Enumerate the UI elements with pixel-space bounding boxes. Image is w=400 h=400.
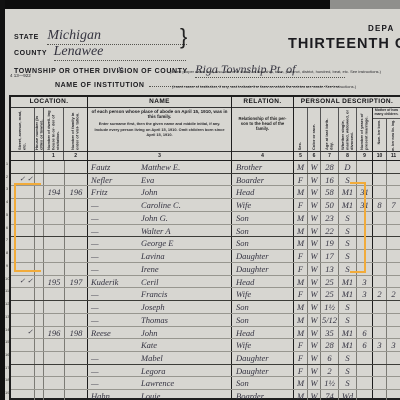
cell-age: 5/12 — [321, 314, 339, 326]
cell-living — [387, 327, 400, 339]
cell-years: 6 — [357, 327, 373, 339]
cell-dwelling — [44, 174, 65, 186]
cell-name: —George E — [88, 237, 232, 249]
surname: — — [91, 263, 141, 275]
cell-relation: Son — [232, 225, 294, 237]
cell-relation: Daughter — [232, 263, 294, 275]
given-name: Ceril — [141, 277, 158, 287]
colnum-6: 6 — [308, 152, 321, 160]
surname: Fritz — [91, 186, 141, 198]
cell-sex: F — [294, 250, 308, 262]
census-table: LOCATION. Street, avenue, road, etc. Hou… — [9, 95, 400, 400]
cell-color: W — [308, 365, 321, 377]
line-number: 9 — [5, 260, 9, 273]
cell-living — [387, 301, 400, 313]
cell-living — [387, 365, 400, 377]
cell-ticks — [11, 352, 35, 364]
county-value: Lenawee — [54, 44, 186, 61]
cell-years — [357, 377, 373, 389]
cell-color: W — [308, 377, 321, 389]
surname: — — [91, 377, 141, 389]
cell-years — [357, 301, 373, 313]
cell-family — [65, 352, 88, 364]
cell-born: 3 — [373, 339, 387, 351]
cell-years — [357, 365, 373, 377]
highlight-bracket-right — [350, 182, 366, 273]
cell-age: 1½ — [321, 301, 339, 313]
cell-name: FautzMatthew E. — [88, 161, 232, 173]
cell-dwelling — [44, 301, 65, 313]
cell-name: —Thomas — [88, 314, 232, 326]
cell-dwelling — [44, 314, 65, 326]
highlight-bracket-left — [14, 183, 41, 272]
census-row: 194196FritzJohnHeadMW58M131 — [11, 186, 400, 199]
cell-color: W — [308, 301, 321, 313]
cell-family — [65, 314, 88, 326]
line-number: 11 — [5, 285, 9, 298]
cell-family — [65, 365, 88, 377]
cell-name: —Lawrence — [88, 377, 232, 389]
group-personal-description: PERSONAL DESCRIPTION. Sex. Color or race… — [294, 97, 400, 160]
cell-age: 13 — [321, 263, 339, 275]
cell-sex: F — [294, 365, 308, 377]
line-number: 17 — [5, 362, 9, 375]
cell-born — [373, 186, 387, 198]
cell-age: 28 — [321, 161, 339, 173]
census-row: —LawrenceSonMW1½S — [11, 377, 400, 390]
group-location-title: LOCATION. — [11, 97, 87, 108]
given-name: Eva — [141, 175, 154, 185]
line-number: 13 — [5, 311, 9, 324]
cell-born — [373, 237, 387, 249]
state-label: STATE — [14, 34, 39, 41]
cell-marital: Wd — [339, 390, 357, 400]
cell-family — [65, 339, 88, 351]
cell-born — [373, 352, 387, 364]
census-row: —MabelDaughterFW6S — [11, 352, 400, 365]
col-sex-header: Sex. — [298, 141, 303, 151]
cell-born — [373, 263, 387, 275]
given-name: John G. — [141, 213, 168, 223]
col-color-header: Color or race. — [312, 123, 317, 151]
cell-ticks — [11, 339, 35, 351]
cell-relation: Boarder — [232, 174, 294, 186]
cell-years — [357, 352, 373, 364]
cell-family — [65, 263, 88, 275]
given-name: Matthew E. — [141, 162, 180, 172]
group-personal-title: PERSONAL DESCRIPTION. — [294, 97, 400, 108]
cell-dwelling — [44, 161, 65, 173]
cell-age: 22 — [321, 225, 339, 237]
cell-name: NeflerEva — [88, 174, 232, 186]
colnum-7: 7 — [321, 152, 339, 160]
cell-age: 16 — [321, 174, 339, 186]
census-row: —ThomasSonMW5/12S — [11, 314, 400, 327]
department-heading-partial: DEPA — [368, 24, 394, 33]
cell-name: —Walter A — [88, 225, 232, 237]
cell-born — [373, 276, 387, 288]
census-row: —LavinaDaughterFW17S — [11, 250, 400, 263]
cell-relation: Daughter — [232, 250, 294, 262]
line-number: 15 — [5, 336, 9, 349]
group-relation: RELATION. Relationship of this per- son … — [232, 97, 294, 160]
cell-age: 6 — [321, 352, 339, 364]
cell-marital: S — [339, 352, 357, 364]
relation-desc: Relationship of this per- son to the hea… — [232, 108, 293, 151]
census-row: —IreneDaughterFW13S — [11, 263, 400, 276]
cell-name: KuderikCeril — [88, 276, 232, 288]
cell-color: W — [308, 199, 321, 211]
cell-family — [65, 225, 88, 237]
cell-relation: Son — [232, 212, 294, 224]
institution-row: NAME OF INSTITUTION — [55, 74, 339, 92]
cell-age: 17 — [321, 250, 339, 262]
cell-color: W — [308, 186, 321, 198]
cell-color: W — [308, 314, 321, 326]
given-name: Kate — [141, 340, 157, 350]
cell-name: —Legora — [88, 365, 232, 377]
line-number: 18 — [5, 374, 9, 387]
census-row: ✓ ✓195197KuderikCerilHeadMW25M13 — [11, 276, 400, 289]
cell-name: FritzJohn — [88, 186, 232, 198]
cell-living — [387, 161, 400, 173]
census-row: ✓196198ReeseJohnHeadMW35M16 — [11, 327, 400, 340]
line-number: 7 — [5, 234, 9, 247]
cell-relation: Head — [232, 186, 294, 198]
cell-born — [373, 212, 387, 224]
cell-born — [373, 174, 387, 186]
surname: Hahn — [91, 390, 141, 400]
cell-age: 23 — [321, 212, 339, 224]
census-row: —Caroline C.WifeFW50M13187 — [11, 199, 400, 212]
cell-name: Kate — [88, 339, 232, 351]
cell-age: 19 — [321, 237, 339, 249]
cell-dwelling — [44, 288, 65, 300]
cell-sex: M — [294, 377, 308, 389]
given-name: John — [141, 187, 158, 197]
cell-ticks: ✓ ✓ — [11, 276, 35, 288]
cell-name: —Francis — [88, 288, 232, 300]
col-dwelling-header: Number of dwell- ing house in or- der of… — [47, 109, 61, 151]
cell-sex: M — [294, 237, 308, 249]
form-number: 4 13—922 — [10, 73, 31, 78]
cell-relation: Wife — [232, 199, 294, 211]
surname: — — [91, 301, 141, 313]
census-title-partial: THIRTEENTH C — [288, 36, 400, 52]
cell-dwelling: 195 — [44, 276, 65, 288]
mother-children-label: Mother of how many children. — [373, 108, 400, 119]
cell-dwelling: 196 — [44, 327, 65, 339]
line-number: 14 — [5, 324, 9, 337]
col-street-header: Street, avenue, road, etc. — [18, 109, 27, 151]
cell-dwelling — [44, 250, 65, 262]
cell-color: W — [308, 225, 321, 237]
group-location: LOCATION. Street, avenue, road, etc. Hou… — [11, 97, 88, 160]
cell-house — [35, 352, 44, 364]
col-family-header: Number of family in order of visi- tatio… — [71, 109, 80, 151]
given-name: Lavina — [141, 251, 165, 261]
cell-marital: S — [339, 314, 357, 326]
cell-color: W — [308, 288, 321, 300]
cell-house — [35, 377, 44, 389]
cell-born — [373, 225, 387, 237]
cell-name: —Mabel — [88, 352, 232, 364]
table-header: LOCATION. Street, avenue, road, etc. Hou… — [11, 97, 400, 161]
surname: — — [91, 314, 141, 326]
cell-sex: F — [294, 199, 308, 211]
surname: — — [91, 225, 141, 237]
cell-dwelling — [44, 339, 65, 351]
cell-house — [35, 390, 44, 400]
cell-sex: F — [294, 263, 308, 275]
given-name: Mabel — [141, 353, 163, 363]
name-desc-3: Include every person living on April 15,… — [91, 128, 228, 137]
surname: — — [91, 199, 141, 211]
cell-family: 197 — [65, 276, 88, 288]
col-marital-header: Whether single, married, widowed, or div… — [341, 109, 355, 151]
cell-relation: Daughter — [232, 365, 294, 377]
given-name: Joseph — [141, 302, 165, 312]
cell-sex: F — [294, 174, 308, 186]
cell-living — [387, 276, 400, 288]
cell-sex: M — [294, 314, 308, 326]
cell-living: 3 — [387, 339, 400, 351]
cell-relation: Boarder — [232, 390, 294, 400]
cell-born: 8 — [373, 199, 387, 211]
cell-relation: Son — [232, 377, 294, 389]
line-number: 3 — [5, 183, 9, 196]
cell-ticks — [11, 288, 35, 300]
cell-years: 3 — [357, 276, 373, 288]
cell-living — [387, 237, 400, 249]
line-number: 16 — [5, 349, 9, 362]
cell-sex: M — [294, 212, 308, 224]
line-number: 8 — [5, 247, 9, 260]
line-number: 2 — [5, 171, 9, 184]
census-row: ✓ ✓NeflerEvaBoarderFW16S — [11, 174, 400, 187]
cell-family — [65, 237, 88, 249]
cell-family — [65, 301, 88, 313]
cell-ticks — [11, 390, 35, 400]
cell-born: 2 — [373, 288, 387, 300]
cell-living — [387, 314, 400, 326]
cell-living: 2 — [387, 288, 400, 300]
cell-name: ReeseJohn — [88, 327, 232, 339]
line-number: 19 — [5, 387, 9, 400]
given-name: Irene — [141, 264, 159, 274]
cell-years: 6 — [357, 339, 373, 351]
cell-relation: Wife — [232, 288, 294, 300]
cell-color: W — [308, 390, 321, 400]
cell-years: 3 — [357, 288, 373, 300]
cell-years — [357, 314, 373, 326]
name-desc-1: of each person whose place of abode on A… — [91, 109, 228, 120]
cell-born — [373, 377, 387, 389]
cell-house — [35, 339, 44, 351]
cell-ticks — [11, 377, 35, 389]
col-children-living-header: Num- ber now liv- ing. — [391, 119, 396, 151]
table-body: FautzMatthew E.BrotherMW28D✓ ✓NeflerEvaB… — [11, 161, 400, 400]
county-row: COUNTY Lenawee — [14, 42, 186, 61]
cell-sex: M — [294, 186, 308, 198]
cell-family — [65, 288, 88, 300]
group-name-title: NAME — [88, 97, 231, 108]
group-name: NAME of each person whose place of abode… — [88, 97, 232, 160]
cell-age: 50 — [321, 199, 339, 211]
cell-born — [373, 161, 387, 173]
cell-age: 1½ — [321, 377, 339, 389]
given-name: John — [141, 328, 158, 338]
given-name: Louie — [141, 391, 160, 400]
brace-glyph: } — [180, 24, 187, 50]
cell-name: HahnLouie — [88, 390, 232, 400]
cell-family — [65, 161, 88, 173]
colnum-5: 5 — [294, 152, 308, 160]
colnum-2: 2 — [64, 152, 87, 160]
surname: — — [91, 365, 141, 377]
given-name: Thomas — [141, 315, 168, 325]
cell-sex: F — [294, 339, 308, 351]
name-desc-2: Enter surname first, then the given name… — [91, 122, 228, 127]
census-row: FautzMatthew E.BrotherMW28D — [11, 161, 400, 174]
line-number: 1 — [5, 158, 9, 171]
census-row: —FrancisWifeFW25M1322 — [11, 288, 400, 301]
cell-dwelling — [44, 390, 65, 400]
institution-note: (Insert name of institution, if any, and… — [172, 84, 400, 89]
cell-living — [387, 186, 400, 198]
cell-marital: M1 — [339, 288, 357, 300]
cell-marital: M1 — [339, 327, 357, 339]
census-row: —JosephSonMW1½S — [11, 301, 400, 314]
line-number: 5 — [5, 209, 9, 222]
colnum-1: 1 — [44, 152, 65, 160]
cell-age: 74 — [321, 390, 339, 400]
cell-marital: S — [339, 301, 357, 313]
cell-living — [387, 263, 400, 275]
cell-years — [357, 161, 373, 173]
cell-relation: Brother — [232, 161, 294, 173]
cell-house — [35, 327, 44, 339]
census-row: —LegoraDaughterFW2S — [11, 365, 400, 378]
census-row: —George ESonMW19S — [11, 237, 400, 250]
given-name: Francis — [141, 289, 167, 299]
surname: — — [91, 352, 141, 364]
cell-born — [373, 301, 387, 313]
line-number: 12 — [5, 298, 9, 311]
line-number-margin: 12345678910111213141516171819 — [5, 158, 9, 400]
cell-dwelling — [44, 199, 65, 211]
cell-house — [35, 314, 44, 326]
surname: Nefler — [91, 174, 141, 186]
cell-color: W — [308, 327, 321, 339]
surname: — — [91, 212, 141, 224]
cell-sex: M — [294, 301, 308, 313]
cell-ticks — [11, 365, 35, 377]
col-years-married-header: Number of years of present marriage. — [360, 109, 369, 151]
mother-children-group: Mother of how many children. Num- ber bo… — [373, 108, 400, 151]
cell-ticks — [11, 314, 35, 326]
cell-born — [373, 327, 387, 339]
cell-marital: M1 — [339, 339, 357, 351]
cell-name: —John G. — [88, 212, 232, 224]
cell-born — [373, 390, 387, 400]
cell-sex: F — [294, 352, 308, 364]
cell-marital: M1 — [339, 276, 357, 288]
cell-sex: M — [294, 390, 308, 400]
cell-relation: Head — [232, 327, 294, 339]
cell-family — [65, 174, 88, 186]
cell-relation: Son — [232, 314, 294, 326]
cell-house — [35, 161, 44, 173]
cell-relation: Wife — [232, 339, 294, 351]
colnum-10: 10 — [373, 152, 387, 160]
cell-sex: M — [294, 276, 308, 288]
cell-relation: Son — [232, 237, 294, 249]
cell-color: W — [308, 263, 321, 275]
cell-relation: Son — [232, 301, 294, 313]
cell-dwelling: 194 — [44, 186, 65, 198]
colnum-3: 3 — [88, 152, 231, 160]
line-number: 10 — [5, 273, 9, 286]
county-label: COUNTY — [14, 50, 47, 57]
cell-family — [65, 199, 88, 211]
cell-age: 2 — [321, 365, 339, 377]
cell-dwelling — [44, 352, 65, 364]
surname: — — [91, 288, 141, 300]
surname: — — [91, 237, 141, 249]
cell-living — [387, 390, 400, 400]
cell-house — [35, 301, 44, 313]
cell-color: W — [308, 212, 321, 224]
census-row: —Walter ASonMW22S — [11, 225, 400, 238]
line-number: 6 — [5, 222, 9, 235]
cell-born — [373, 365, 387, 377]
census-row: —John G.SonMW23S — [11, 212, 400, 225]
given-name: Walter A — [141, 226, 171, 236]
cell-name: —Caroline C. — [88, 199, 232, 211]
cell-color: W — [308, 161, 321, 173]
cell-ticks — [11, 161, 35, 173]
cell-living — [387, 174, 400, 186]
col-age-header: Age at last birth- day. — [325, 109, 334, 151]
cell-sex: M — [294, 327, 308, 339]
col-house-header: House number (in cities or towns). — [35, 109, 43, 151]
cell-name: —Joseph — [88, 301, 232, 313]
cell-sex: M — [294, 225, 308, 237]
colnum-11: 11 — [387, 152, 400, 160]
group-relation-title: RELATION. — [232, 97, 293, 108]
cell-age: 35 — [321, 327, 339, 339]
cell-house — [35, 365, 44, 377]
cell-color: W — [308, 276, 321, 288]
cell-age: 58 — [321, 186, 339, 198]
census-document-page: STATE Michigan COUNTY Lenawee } DEPA THI… — [0, 0, 400, 400]
cell-living — [387, 352, 400, 364]
cell-family — [65, 250, 88, 262]
surname: Kuderik — [91, 276, 141, 288]
cell-color: W — [308, 339, 321, 351]
cell-living: 7 — [387, 199, 400, 211]
cell-dwelling — [44, 365, 65, 377]
given-name: Lawrence — [141, 378, 174, 388]
cell-living — [387, 225, 400, 237]
cell-family — [65, 377, 88, 389]
col-children-born-header: Num- ber born. — [377, 119, 382, 145]
cell-house — [35, 288, 44, 300]
cell-name: —Irene — [88, 263, 232, 275]
cell-sex: F — [294, 288, 308, 300]
cell-house — [35, 276, 44, 288]
